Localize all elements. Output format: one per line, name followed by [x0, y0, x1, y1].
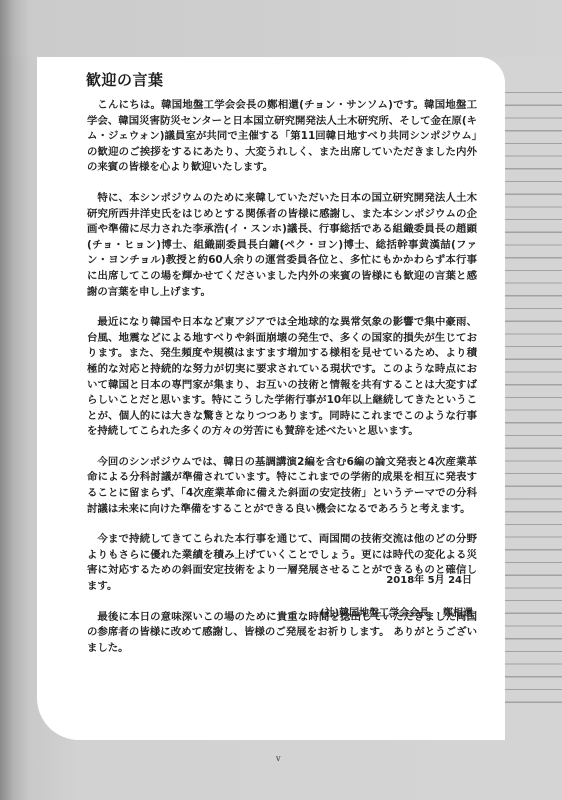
page-number: v	[276, 754, 281, 763]
letter-date: 2018年 5月 24日	[380, 571, 472, 586]
paragraph-background: 最近になり韓国や日本など東アジアでは全地球的な異常気象の影響で集中豪雨、台風、地…	[87, 315, 477, 440]
paragraph-thanks: 特に、本シンポジウムのために来韓していただいた日本の国立研究開発法人土木研究所西…	[87, 191, 477, 300]
paragraph-greeting: こんにちは。韓国地盤工学会会長の鄭相還(チョン・サンソム)です。韓国地盤工学会、…	[87, 98, 477, 176]
scan-background	[0, 0, 562, 57]
signature-block: (社)韓国地盤工学会会長 鄭相還	[320, 604, 473, 619]
signature-title: (社)韓国地盤工学会会長	[320, 604, 429, 619]
decorative-ruled-lines	[505, 92, 562, 707]
signature-name: 鄭相還	[443, 604, 473, 619]
page-title: 歓迎の言葉	[86, 69, 164, 90]
paragraph-program: 今回のシンポジウムでは、韓日の基調講演2編を含む6編の論文発表と4次産業革命によ…	[87, 455, 477, 517]
